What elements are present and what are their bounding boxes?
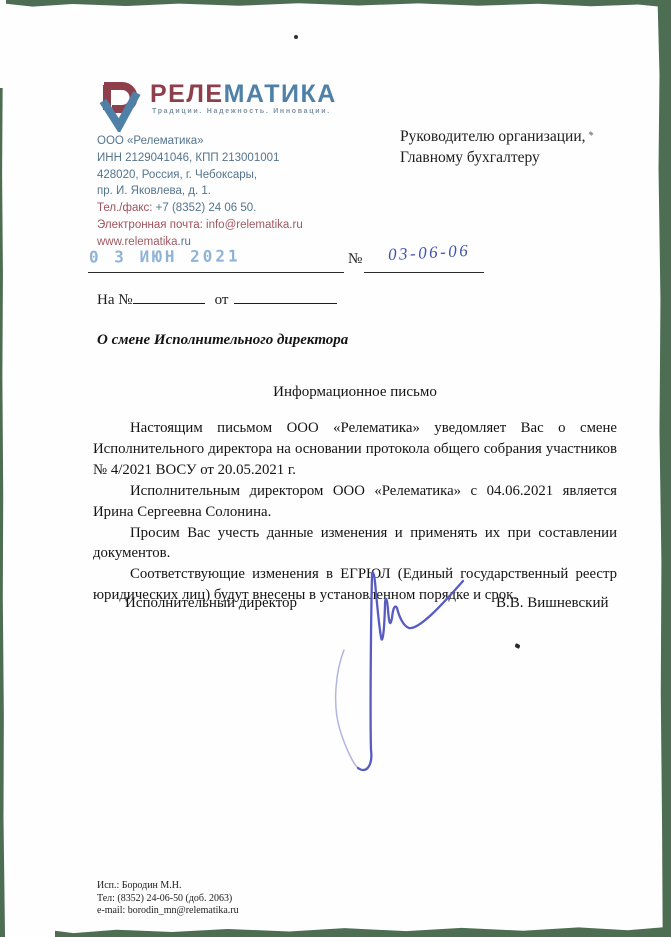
handwritten-outgoing-number: 03-06-06 (388, 241, 471, 265)
reply-ot-label: от (215, 292, 229, 308)
brand-matika: МАТИКА (224, 80, 337, 108)
executor-email: e-mail: borodin_mn@relematika.ru (97, 905, 239, 918)
reply-reference-line: На №от (97, 289, 337, 309)
brand-rele: РЕЛЕ (150, 80, 224, 108)
handwritten-signature (308, 566, 478, 778)
addressee-block: Руководителю организации, Главному бухга… (400, 126, 586, 168)
company-logo: РЕЛЕМАТИКА Традиции. Надежность. Инновац… (95, 80, 395, 130)
scan-edge-left (0, 88, 7, 937)
addressee-line-2: Главному бухгалтеру (400, 147, 586, 168)
reply-number-blank (133, 289, 205, 304)
company-email-line: Электронная почта: info@relematika.ru (97, 217, 303, 234)
email-label: Электронная почта: (97, 219, 203, 231)
subject-line: О смене Исполнительного директора (97, 332, 348, 349)
body-paragraph-2: Исполнительным директором ООО «Релематик… (93, 481, 617, 523)
scanned-letter-page: РЕЛЕМАТИКА Традиции. Надежность. Инновац… (0, 0, 671, 937)
ink-dot-mark (514, 643, 520, 649)
brand-tagline: Традиции. Надежность. Инновации. (152, 108, 331, 115)
brand-wordmark: РЕЛЕМАТИКА (150, 82, 337, 107)
body-paragraph-1: Настоящим письмом ООО «Релематика» уведо… (93, 418, 617, 481)
date-underline (88, 255, 344, 273)
website-main: www.relematika (97, 236, 178, 248)
reply-na-label: На № (97, 292, 133, 308)
executor-name: Исп.: Бородин М.Н. (97, 880, 239, 893)
company-name: ООО «Релематика» (97, 133, 303, 150)
scan-edge-bottom (55, 924, 671, 937)
company-info-block: ООО «Релематика» ИНН 2129041046, КПП 213… (97, 133, 303, 251)
phone-label: Тел./факс: (97, 202, 152, 214)
relematika-logo-icon (95, 80, 143, 132)
scan-edge-right (655, 0, 671, 937)
reply-date-blank (234, 289, 337, 304)
signatory-position: Исполнительный директор (125, 595, 297, 612)
company-phone-line: Тел./факс: +7 (8352) 24 06 50. (97, 200, 303, 217)
scan-edge-top (6, 0, 671, 10)
scan-speck (294, 35, 298, 39)
letter-title: Информационное письмо (93, 384, 617, 401)
body-paragraph-3: Просим Вас учесть данные изменения и при… (93, 523, 617, 565)
executor-phone: Тел: (8352) 24-06-50 (доб. 2063) (97, 893, 239, 906)
company-address-1: 428020, Россия, г. Чебоксары, (97, 167, 303, 184)
signatory-name: В.В. Вишневский (496, 595, 609, 612)
company-address-2: пр. И. Яковлева, д. 1. (97, 183, 303, 200)
addressee-line-1: Руководителю организации, (400, 126, 586, 147)
phone-value: +7 (8352) 24 06 50. (156, 202, 257, 214)
company-inn-kpp: ИНН 2129041046, КПП 213001001 (97, 150, 303, 167)
scan-speck (589, 131, 594, 136)
email-value: info@relematika.ru (206, 219, 303, 231)
number-sign: № (348, 251, 362, 268)
executor-footer: Исп.: Бородин М.Н. Тел: (8352) 24-06-50 … (97, 880, 239, 918)
